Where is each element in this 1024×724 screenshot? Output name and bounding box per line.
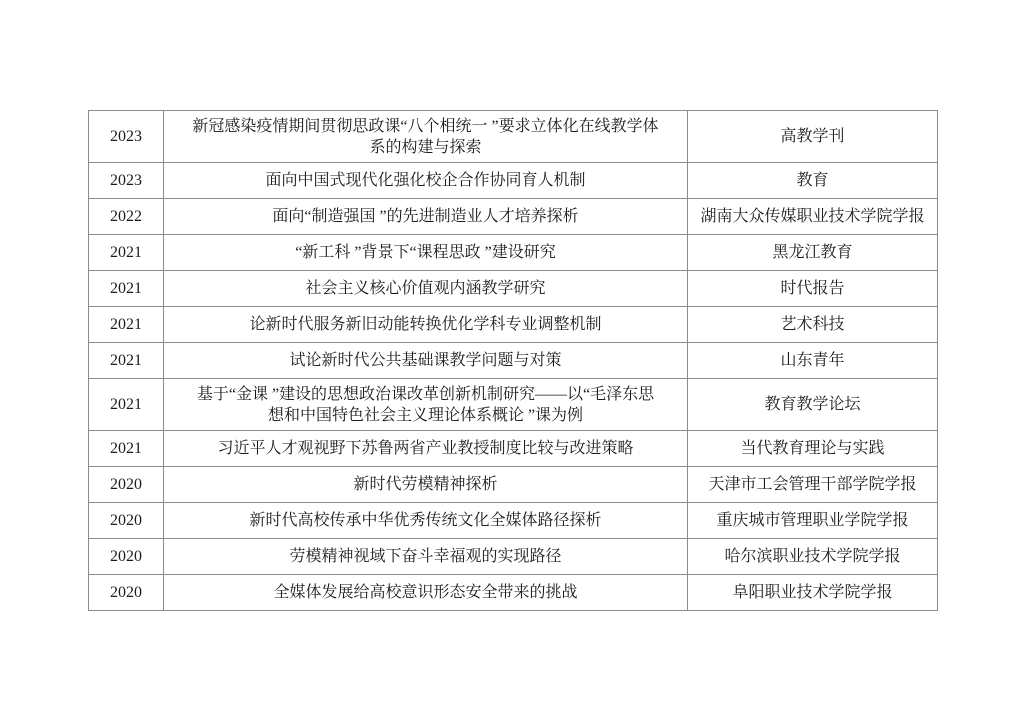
year-cell: 2020 bbox=[89, 539, 164, 575]
journal-cell: 重庆城市管理职业学院学报 bbox=[688, 503, 938, 539]
year-cell: 2021 bbox=[89, 379, 164, 431]
year-cell: 2023 bbox=[89, 163, 164, 199]
year-cell: 2020 bbox=[89, 467, 164, 503]
table-row: 2020 全媒体发展给高校意识形态安全带来的挑战 阜阳职业技术学院学报 bbox=[89, 575, 938, 611]
year-cell: 2023 bbox=[89, 111, 164, 163]
journal-cell: 艺术科技 bbox=[688, 307, 938, 343]
journal-cell: 教育 bbox=[688, 163, 938, 199]
journal-cell: 山东青年 bbox=[688, 343, 938, 379]
table-row: 2021 试论新时代公共基础课教学问题与对策 山东青年 bbox=[89, 343, 938, 379]
table-row: 2022 面向“制造强国 ”的先进制造业人才培养探析 湖南大众传媒职业技术学院学… bbox=[89, 199, 938, 235]
journal-cell: 哈尔滨职业技术学院学报 bbox=[688, 539, 938, 575]
journal-cell: 时代报告 bbox=[688, 271, 938, 307]
title-cell: 新时代劳模精神探析 bbox=[164, 467, 688, 503]
title-cell: 新冠感染疫情期间贯彻思政课“八个相统一 ”要求立体化在线教学体系的构建与探索 bbox=[164, 111, 688, 163]
table-row: 2020 新时代劳模精神探析 天津市工会管理干部学院学报 bbox=[89, 467, 938, 503]
table-row: 2020 新时代高校传承中华优秀传统文化全媒体路径探析 重庆城市管理职业学院学报 bbox=[89, 503, 938, 539]
journal-cell: 教育教学论坛 bbox=[688, 379, 938, 431]
title-cell: 社会主义核心价值观内涵教学研究 bbox=[164, 271, 688, 307]
journal-cell: 高教学刊 bbox=[688, 111, 938, 163]
title-cell: 新时代高校传承中华优秀传统文化全媒体路径探析 bbox=[164, 503, 688, 539]
table-row: 2020 劳模精神视域下奋斗幸福观的实现路径 哈尔滨职业技术学院学报 bbox=[89, 539, 938, 575]
year-cell: 2020 bbox=[89, 503, 164, 539]
year-cell: 2021 bbox=[89, 235, 164, 271]
title-cell: 面向中国式现代化强化校企合作协同育人机制 bbox=[164, 163, 688, 199]
table-row: 2021 习近平人才观视野下苏鲁两省产业教授制度比较与改进策略 当代教育理论与实… bbox=[89, 431, 938, 467]
document-page: 2023 新冠感染疫情期间贯彻思政课“八个相统一 ”要求立体化在线教学体系的构建… bbox=[0, 0, 1024, 724]
journal-cell: 天津市工会管理干部学院学报 bbox=[688, 467, 938, 503]
table-row: 2023 新冠感染疫情期间贯彻思政课“八个相统一 ”要求立体化在线教学体系的构建… bbox=[89, 111, 938, 163]
year-cell: 2021 bbox=[89, 271, 164, 307]
title-cell: “新工科 ”背景下“课程思政 ”建设研究 bbox=[164, 235, 688, 271]
title-cell: 习近平人才观视野下苏鲁两省产业教授制度比较与改进策略 bbox=[164, 431, 688, 467]
title-cell: 面向“制造强国 ”的先进制造业人才培养探析 bbox=[164, 199, 688, 235]
publication-table: 2023 新冠感染疫情期间贯彻思政课“八个相统一 ”要求立体化在线教学体系的构建… bbox=[88, 110, 938, 611]
table-row: 2021 基于“金课 ”建设的思想政治课改革创新机制研究——以“毛泽东思想和中国… bbox=[89, 379, 938, 431]
title-cell: 全媒体发展给高校意识形态安全带来的挑战 bbox=[164, 575, 688, 611]
title-cell: 基于“金课 ”建设的思想政治课改革创新机制研究——以“毛泽东思想和中国特色社会主… bbox=[164, 379, 688, 431]
title-cell: 劳模精神视域下奋斗幸福观的实现路径 bbox=[164, 539, 688, 575]
year-cell: 2020 bbox=[89, 575, 164, 611]
journal-cell: 阜阳职业技术学院学报 bbox=[688, 575, 938, 611]
year-cell: 2021 bbox=[89, 343, 164, 379]
year-cell: 2022 bbox=[89, 199, 164, 235]
year-cell: 2021 bbox=[89, 307, 164, 343]
journal-cell: 湖南大众传媒职业技术学院学报 bbox=[688, 199, 938, 235]
title-cell: 试论新时代公共基础课教学问题与对策 bbox=[164, 343, 688, 379]
table-row: 2023 面向中国式现代化强化校企合作协同育人机制 教育 bbox=[89, 163, 938, 199]
title-cell: 论新时代服务新旧动能转换优化学科专业调整机制 bbox=[164, 307, 688, 343]
table-row: 2021 社会主义核心价值观内涵教学研究 时代报告 bbox=[89, 271, 938, 307]
journal-cell: 当代教育理论与实践 bbox=[688, 431, 938, 467]
table-row: 2021 “新工科 ”背景下“课程思政 ”建设研究 黑龙江教育 bbox=[89, 235, 938, 271]
journal-cell: 黑龙江教育 bbox=[688, 235, 938, 271]
table-row: 2021 论新时代服务新旧动能转换优化学科专业调整机制 艺术科技 bbox=[89, 307, 938, 343]
year-cell: 2021 bbox=[89, 431, 164, 467]
